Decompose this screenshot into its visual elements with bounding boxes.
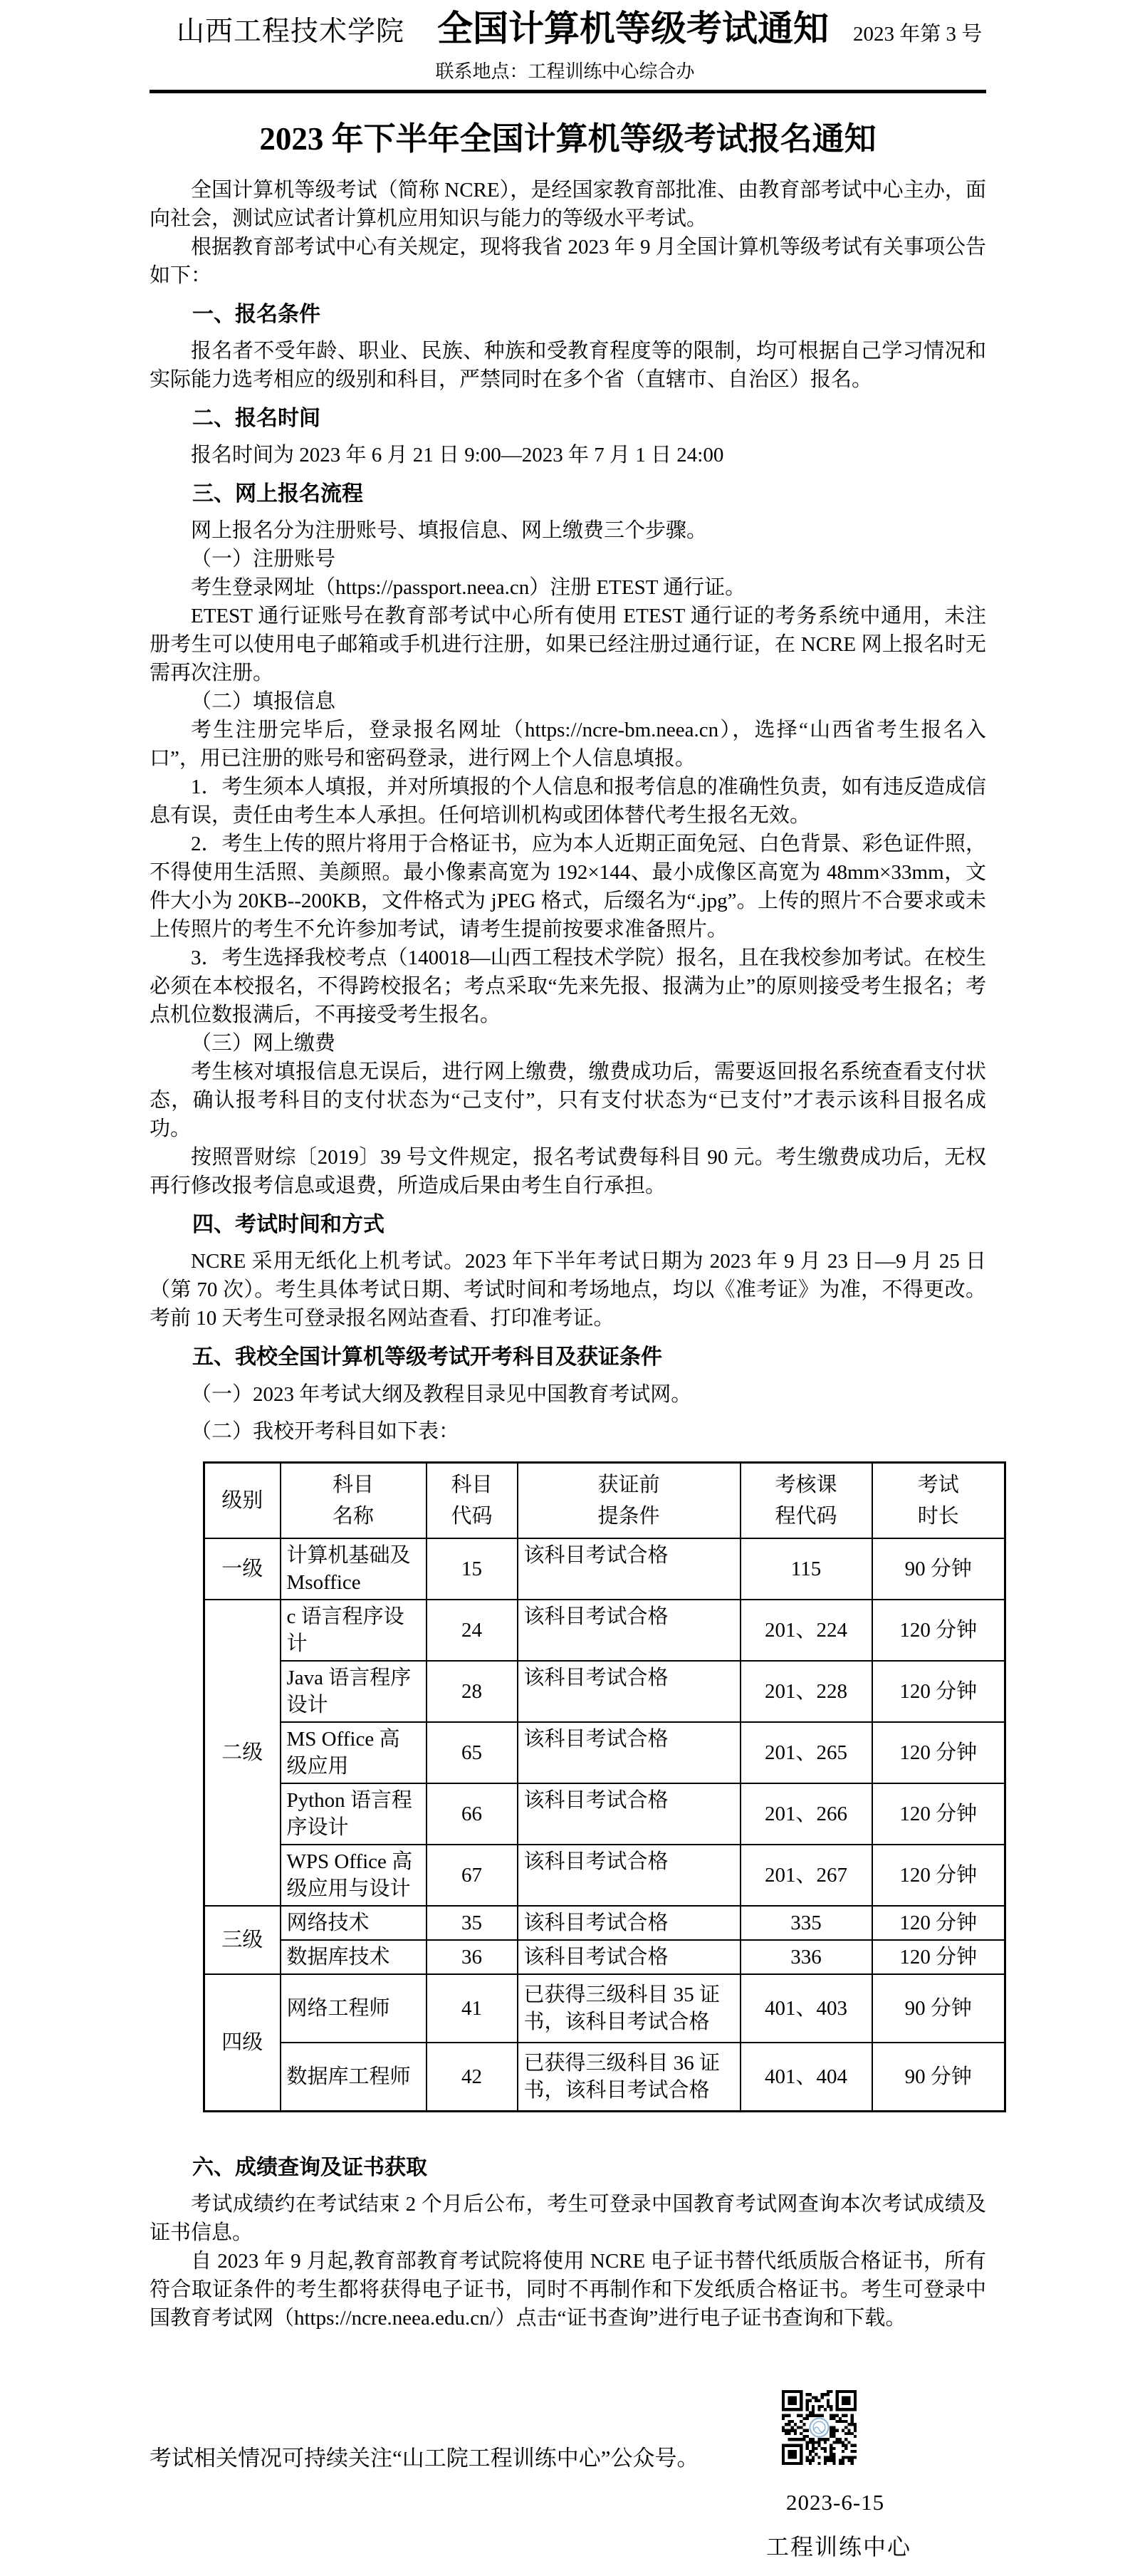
section-heading-4: 四、考试时间和方式 [150,1211,986,1239]
table-header-cell: 考核课 程代码 [741,1463,872,1539]
subject-cell: 数据库技术 [281,1940,427,1974]
footer-note: 考试相关情况可持续关注“山工院工程训练中心”公众号。 [150,2444,699,2473]
prerequisite-cell: 该科目考试合格 [518,1538,741,1600]
section-paragraph: 考试成绩约在考试结束 2 个月后公布，考生可登录中国教育考试网查询本次考试成绩及… [150,2190,986,2247]
table-row: 四级 网络工程师 41 已获得三级科目 35 证书，该科目考试合格 401、40… [204,1974,1005,2043]
table-row: 三级 网络技术 35 该科目考试合格 335 120 分钟 [204,1906,1005,1940]
subject-code-cell: 35 [427,1906,518,1940]
table-row: 数据库技术 36 该科目考试合格 336 120 分钟 [204,1940,1005,1974]
section-paragraph: 网上报名分为注册账号、填报信息、网上缴费三个步骤。 [150,516,986,545]
level-cell: 三级 [204,1906,281,1974]
subject-code-cell: 28 [427,1661,518,1722]
course-codes-cell: 201、265 [741,1722,872,1783]
prerequisite-cell: 已获得三级科目 36 证书，该科目考试合格 [518,2043,741,2111]
table-header-cell: 科目 名称 [281,1463,427,1539]
course-codes-cell: 201、266 [741,1783,872,1845]
duration-cell: 120 分钟 [872,1906,1005,1940]
subject-code-cell: 65 [427,1722,518,1783]
table-header-cell: 级别 [204,1463,281,1539]
subsection-label: （二）我校开考科目如下表： [150,1417,986,1446]
section-paragraph: 3．考生选择我校考点（140018—山西工程技术学院）报名，且在我校参加考试。在… [150,944,986,1029]
section-paragraph: 1．考生须本人填报，并对所填报的个人信息和报考信息的准确性负责，如有违反造成信息… [150,773,986,830]
subject-code-cell: 42 [427,2043,518,2111]
course-codes-cell: 201、267 [741,1845,872,1906]
duration-cell: 120 分钟 [872,1661,1005,1722]
prerequisite-cell: 该科目考试合格 [518,1940,741,1974]
prerequisite-cell: 该科目考试合格 [518,1783,741,1845]
section-paragraph: 自 2023 年 9 月起,教育部教育考试院将使用 NCRE 电子证书替代纸质版… [150,2247,986,2332]
level-cell: 一级 [204,1538,281,1600]
section-heading-6: 六、成绩查询及证书获取 [150,2154,986,2182]
subject-cell: c 语言程序设计 [281,1600,427,1661]
table-header-cell: 科目 代码 [427,1463,518,1539]
duration-cell: 120 分钟 [872,1600,1005,1661]
table-row: WPS Office 高级应用与设计 67 该科目考试合格 201、267 12… [204,1845,1005,1906]
school-name: 山西工程技术学院 [177,18,404,46]
notice-title: 2023 年下半年全国计算机等级考试报名通知 [150,120,986,157]
masthead-row: 山西工程技术学院 全国计算机等级考试通知 2023 年第 3 号 [177,14,1130,48]
subject-cell: 网络工程师 [281,1974,427,2043]
section-paragraph: 报名时间为 2023 年 6 月 21 日 9:00—2023 年 7 月 1 … [150,441,986,469]
subject-code-cell: 15 [427,1538,518,1600]
subject-code-cell: 36 [427,1940,518,1974]
signer-department: 工程训练中心 [766,2533,911,2561]
course-codes-cell: 201、224 [741,1600,872,1661]
table-row: Java 语言程序设计 28 该科目考试合格 201、228 120 分钟 [204,1661,1005,1722]
subject-code-cell: 24 [427,1600,518,1661]
prerequisite-cell: 该科目考试合格 [518,1722,741,1783]
subject-cell: 网络技术 [281,1906,427,1940]
subject-code-cell: 41 [427,1974,518,2043]
section-heading-3: 三、网上报名流程 [150,480,986,509]
duration-cell: 90 分钟 [872,1974,1005,2043]
subject-code-cell: 67 [427,1845,518,1906]
table-row: 二级 c 语言程序设计 24 该科目考试合格 201、224 120 分钟 [204,1600,1005,1661]
subsection-label: （二）填报信息 [150,687,986,716]
subject-cell: 计算机基础及Msoffice [281,1538,427,1600]
course-codes-cell: 401、404 [741,2043,872,2111]
section-paragraph: 按照晋财综〔2019〕39 号文件规定，报名考试费每科目 90 元。考生缴费成功… [150,1143,986,1200]
duration-cell: 90 分钟 [872,2043,1005,2111]
notice-document-page: 山西工程技术学院 全国计算机等级考试通知 2023 年第 3 号 联系地点：工程… [0,0,1130,2576]
duration-cell: 120 分钟 [872,1845,1005,1906]
section-paragraph: 2．考生上传的照片将用于合格证书，应为本人近期正面免冠、白色背景、彩色证件照，不… [150,830,986,944]
section-heading-1: 一、报名条件 [150,301,986,329]
intro-paragraph: 全国计算机等级考试（简称 NCRE），是经国家教育部批准、由教育部考试中心主办，… [150,176,986,233]
course-codes-cell: 336 [741,1940,872,1974]
masthead-divider-rule [150,90,986,93]
level-cell: 四级 [204,1974,281,2111]
document-body: 2023 年下半年全国计算机等级考试报名通知 全国计算机等级考试（简称 NCRE… [150,120,986,2332]
prerequisite-cell: 已获得三级科目 35 证书，该科目考试合格 [518,1974,741,2043]
section-heading-2: 二、报名时间 [150,405,986,433]
issue-number: 2023 年第 3 号 [853,20,982,48]
subject-code-cell: 66 [427,1783,518,1845]
masthead: 山西工程技术学院 全国计算机等级考试通知 2023 年第 3 号 联系地点：工程… [0,0,1130,93]
table-row: 数据库工程师 42 已获得三级科目 36 证书，该科目考试合格 401、404 … [204,2043,1005,2111]
subsection-label: （一）2023 年考试大纲及教程目录见中国教育考试网。 [150,1380,986,1409]
subsection-label: （三）网上缴费 [150,1029,986,1058]
duration-cell: 90 分钟 [872,1538,1005,1600]
subject-cell: 数据库工程师 [281,2043,427,2111]
section-paragraph: 报名者不受年龄、职业、民族、种族和受教育程度等的限制，均可根据自己学习情况和实际… [150,337,986,394]
subsection-label: （一）注册账号 [150,545,986,573]
course-codes-cell: 201、228 [741,1661,872,1722]
course-codes-cell: 115 [741,1538,872,1600]
section-paragraph: 考生核对填报信息无误后，进行网上缴费，缴费成功后，需要返回报名系统查看支付状态，… [150,1058,986,1143]
prerequisite-cell: 该科目考试合格 [518,1845,741,1906]
bulletin-title: 全国计算机等级考试通知 [437,14,829,43]
table-row: Python 语言程序设计 66 该科目考试合格 201、266 120 分钟 [204,1783,1005,1845]
section-heading-5: 五、我校全国计算机等级考试开考科目及获证条件 [150,1343,986,1372]
subject-cell: WPS Office 高级应用与设计 [281,1845,427,1906]
subject-cell: MS Office 高级应用 [281,1722,427,1783]
subject-cell: Java 语言程序设计 [281,1661,427,1722]
prerequisite-cell: 该科目考试合格 [518,1906,741,1940]
duration-cell: 120 分钟 [872,1940,1005,1974]
prerequisite-cell: 该科目考试合格 [518,1661,741,1722]
prerequisite-cell: 该科目考试合格 [518,1600,741,1661]
subjects-table: 级别 科目 名称 科目 代码 获证前 提条件 考核课 程代码 考试 时长 一级 … [203,1461,1006,2112]
section-paragraph: NCRE 采用无纸化上机考试。2023 年下半年考试日期为 2023 年 9 月… [150,1247,986,1333]
contact-line: 联系地点：工程训练中心综合办 [0,57,1130,85]
subject-cell: Python 语言程序设计 [281,1783,427,1845]
issue-date: 2023-6-15 [786,2488,884,2517]
table-row: 一级 计算机基础及Msoffice 15 该科目考试合格 115 90 分钟 [204,1538,1005,1600]
level-cell: 二级 [204,1600,281,1906]
intro-paragraph: 根据教育部考试中心有关规定，现将我省 2023 年 9 月全国计算机等级考试有关… [150,233,986,290]
table-header-row: 级别 科目 名称 科目 代码 获证前 提条件 考核课 程代码 考试 时长 [204,1463,1005,1539]
course-codes-cell: 401、403 [741,1974,872,2043]
course-codes-cell: 335 [741,1906,872,1940]
duration-cell: 120 分钟 [872,1783,1005,1845]
section-paragraph: 考生注册完毕后，登录报名网址（https://ncre-bm.neea.cn），… [150,716,986,773]
table-header-cell: 考试 时长 [872,1463,1005,1539]
duration-cell: 120 分钟 [872,1722,1005,1783]
wechat-qr-code [782,2390,857,2465]
table-header-cell: 获证前 提条件 [518,1463,741,1539]
table-row: MS Office 高级应用 65 该科目考试合格 201、265 120 分钟 [204,1722,1005,1783]
section-paragraph: 考生登录网址（https://passport.neea.cn）注册 ETEST… [150,573,986,602]
section-paragraph: ETEST 通行证账号在教育部考试中心所有使用 ETEST 通行证的考务系统中通… [150,602,986,687]
